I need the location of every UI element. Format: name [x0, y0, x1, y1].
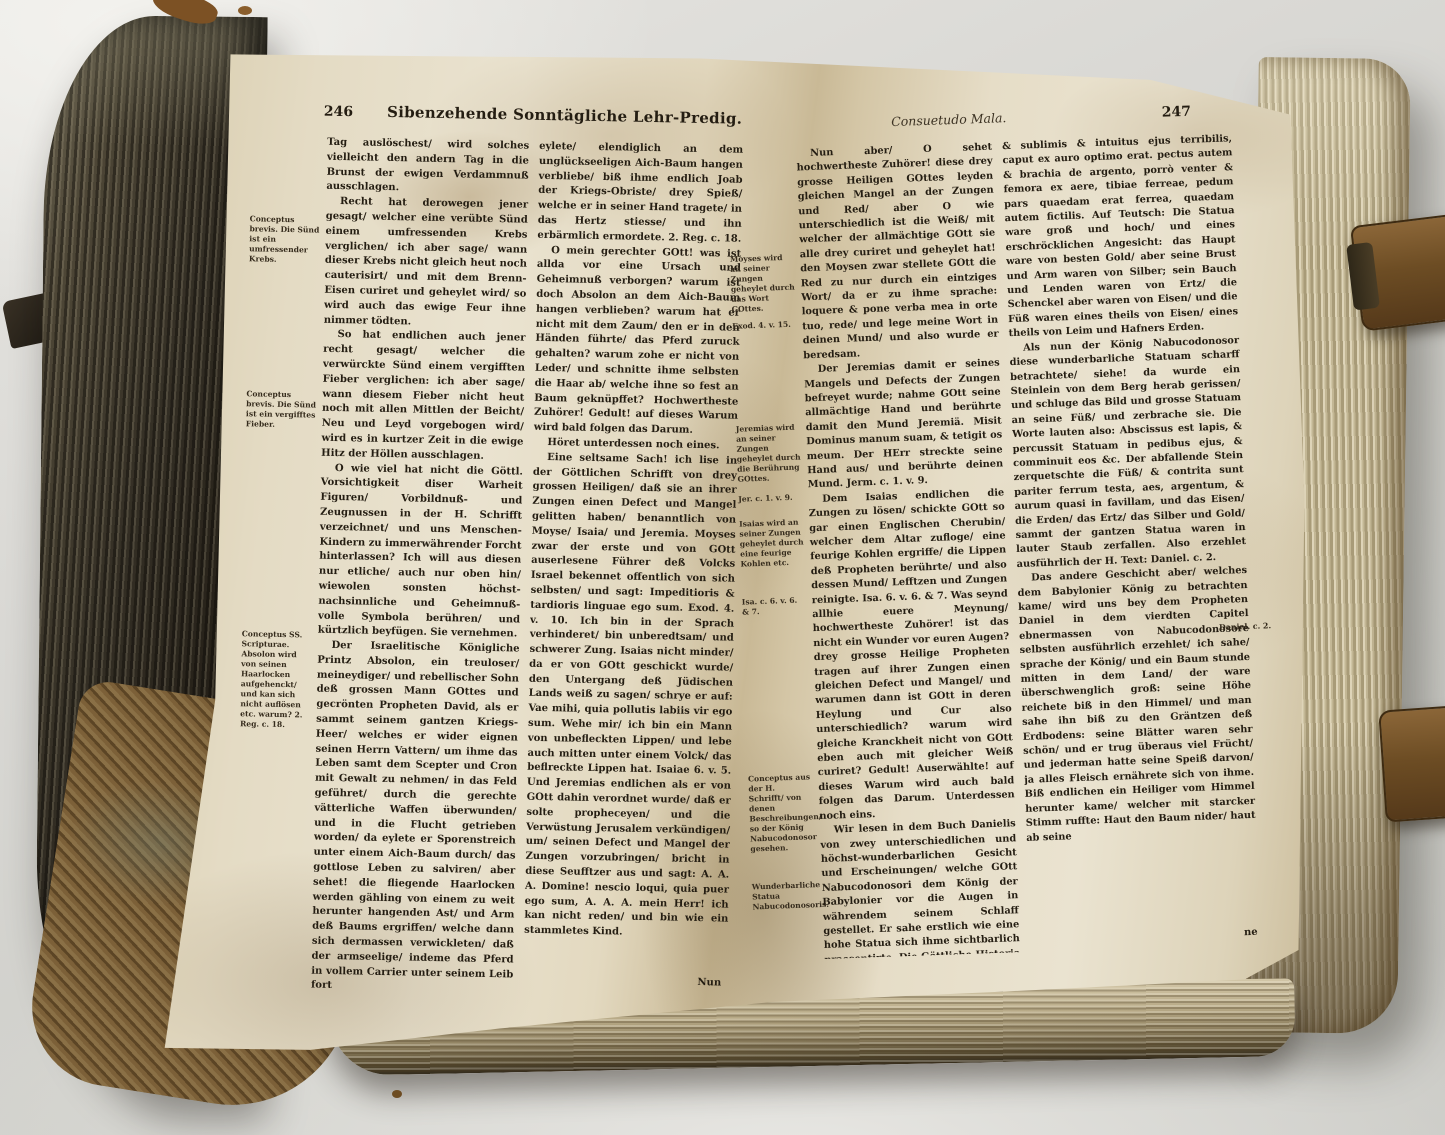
margin-note: Moyses wird an seiner Zungen geheylet du… [730, 253, 796, 315]
right-page-column-1: Nun aber/ O sehet hochwertheste Zuhörer!… [796, 140, 1030, 959]
paragraph: Dem Isaias endlichen die Zungen zu lösen… [808, 486, 1015, 824]
left-page-column-2: eylete/ elendiglich an dem unglückseelig… [523, 140, 745, 996]
margin-note: Conceptus aus der H. Schrifft/ von denen… [748, 772, 815, 854]
left-page-columns: Conceptus brevis. Die Sünd ist ein umfre… [219, 134, 745, 996]
paragraph: So hat endlichen auch jener recht gesagt… [321, 328, 526, 465]
margin-note: Isa. c. 6. v. 6. & 7. [742, 595, 807, 617]
page-number-right: 247 [1161, 104, 1191, 121]
left-margin-notes-column: Conceptus brevis. Die Sünd ist ein umfre… [219, 134, 327, 988]
photo-background: 246 Sibenzehende Sonntägliche Lehr-Predi… [0, 0, 1445, 1135]
paragraph: O wie viel hat nicht die Göttl. Vorsicht… [318, 461, 523, 642]
catchword-right: ne [1244, 925, 1258, 940]
leather-strap-top [1350, 214, 1445, 331]
running-header-right: Consuetudo Mala. [891, 110, 1007, 129]
margin-note: Isaias wird an seiner Zungen geheylet du… [739, 517, 805, 569]
paragraph: Eine seltsame Sach! ich lise in der Gött… [524, 451, 737, 943]
paragraph: Recht hat derowegen jener gesagt/ welche… [324, 195, 529, 332]
left-page: 246 Sibenzehende Sonntägliche Lehr-Predi… [219, 100, 746, 996]
catchword-left: Nun [697, 976, 721, 991]
margin-note: Conceptus brevis. Die Sünd ist ein vergi… [246, 389, 319, 430]
paragraph: Als nun der König Nabucodonosor diese wu… [1009, 334, 1247, 572]
paragraph: & sublimis & intuitus ejus terribilis, c… [1002, 132, 1239, 342]
right-page-columns: Moyses wird an seiner Zungen geheylet du… [724, 132, 1266, 961]
page-number-left: 246 [324, 104, 354, 121]
margin-note: Exod. 4. v. 15. [732, 320, 796, 332]
debris-speck [238, 6, 252, 15]
paragraph: Wir lesen in dem Buch Danielis von zwey … [820, 817, 1022, 959]
paragraph: Nun aber/ O sehet hochwertheste Zuhörer!… [796, 141, 999, 364]
paragraph: Das andere Geschicht aber/ welches dem B… [1017, 564, 1256, 846]
right-page-column-2: & sublimis & intuitus ejus terribilis, c… [1002, 132, 1266, 952]
right-page: Consuetudo Mala. 247 Moyses wird an sein… [723, 102, 1266, 961]
margin-note: Conceptus SS. Scripturae. Absolon wird v… [240, 629, 314, 731]
debris-speck [392, 1090, 402, 1098]
margin-note: Conceptus brevis. Die Sünd ist ein umfre… [249, 214, 322, 265]
paragraph: Tag auslöschest/ wird solches vielleicht… [326, 136, 529, 199]
margin-note: Jeremias wird an seiner Zungen geheylet … [736, 423, 802, 485]
margin-note: Jer. c. 1. v. 9. [738, 492, 802, 504]
paragraph: O mein gerechter GOtt! was ist allda vor… [534, 243, 742, 439]
paragraph: eylete/ elendiglich an dem unglückseelig… [537, 140, 743, 247]
paragraph: Der Jeremias damit er seines Mangels und… [804, 357, 1004, 493]
paragraph: Der Israelitische Königliche Printz Abso… [311, 639, 520, 992]
left-page-column-1: Tag auslöschest/ wird solches vielleicht… [311, 136, 539, 992]
leather-strap-bottom [1378, 705, 1445, 822]
margin-note: Wunderbarliche Statua Nabucodonosoris. [752, 880, 817, 912]
